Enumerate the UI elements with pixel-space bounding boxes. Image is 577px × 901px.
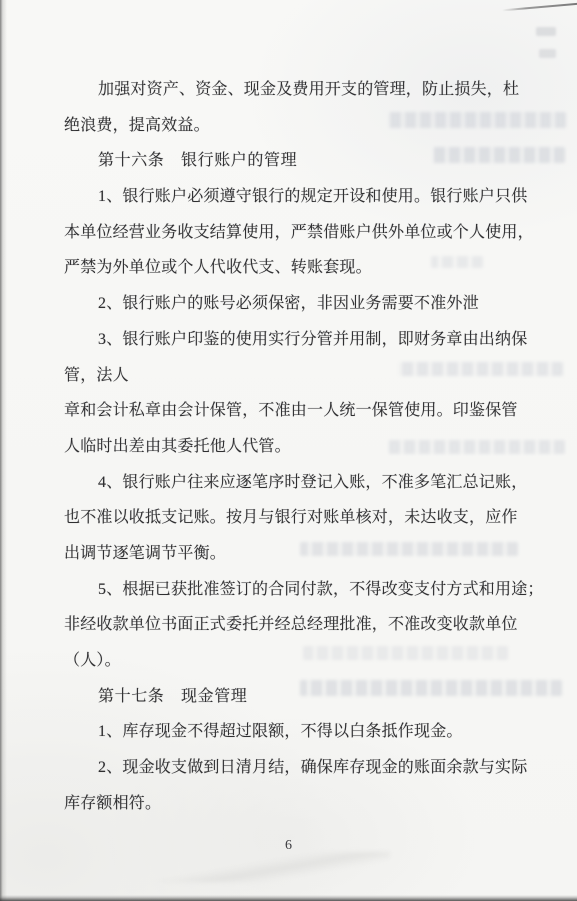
text-line: 加强对资产、资金、现金及费用开支的管理，防止损失，杜 [64,72,534,108]
text-line: 库存额相符。 [64,786,534,822]
scanned-document-page: 加强对资产、资金、现金及费用开支的管理，防止损失，杜绝浪费，提高效益。第十六条 … [0,0,577,901]
scan-speck-artifact [536,27,556,36]
text-line: 也不准以收抵支记账。按月与银行对账单核对，未达收支，应作 [64,500,534,536]
section-heading: 第十六条 银行账户的管理 [64,143,534,179]
section-heading: 第十七条 现金管理 [64,679,534,715]
text-line: 5、根据已获批准签订的合同付款，不得改变支付方式和用途； [64,572,534,608]
text-line: 1、库存现金不得超过限额，不得以白条抵作现金。 [64,714,534,750]
scan-edge-left-shadow [0,0,7,901]
text-line: 出调节逐笔调节平衡。 [64,536,534,572]
text-line: 绝浪费，提高效益。 [64,108,534,144]
text-line: 管，法人 [64,358,534,394]
document-body: 加强对资产、资金、现金及费用开支的管理，防止损失，杜绝浪费，提高效益。第十六条 … [64,72,534,821]
text-line: 3、银行账户印鉴的使用实行分管并用制，即财务章由出纳保 [64,322,534,358]
text-line: 本单位经营业务收支结算使用，严禁借账户供外单位或个人使用， [64,215,534,251]
page-number: 6 [0,838,577,854]
text-line: （人）。 [64,643,534,679]
text-line: 4、银行账户往来应逐笔序时登记入账，不准多笔汇总记账， [64,465,534,501]
text-line: 2、现金收支做到日清月结，确保库存现金的账面余款与实际 [64,750,534,786]
scan-edge-bottom-shadow [0,895,577,901]
text-line: 严禁为外单位或个人代收代支、转账套现。 [64,250,534,286]
scan-speck-artifact [539,49,556,58]
text-line: 1、银行账户必须遵守银行的规定开设和使用。银行账户只供 [64,179,534,215]
text-line: 人临时出差由其委托他人代管。 [64,429,534,465]
text-line: 章和会计私章由会计保管，不准由一人统一保管使用。印鉴保管 [64,393,534,429]
paper-crease-shading [150,852,390,882]
scan-corner-line-artifact [502,3,577,12]
text-line: 2、银行账户的账号必须保密，非因业务需要不准外泄 [64,286,534,322]
text-line: 非经收款单位书面正式委托并经总经理批准，不准改变收款单位 [64,607,534,643]
